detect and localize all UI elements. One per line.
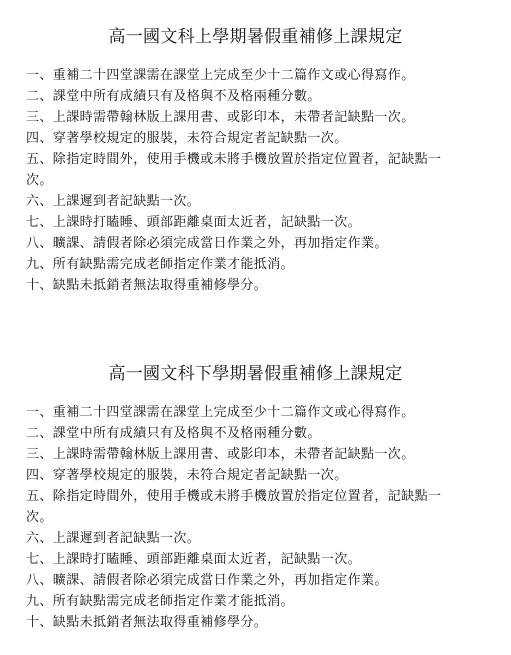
rule-item: 一、重補二十四堂課需在課堂上完成至少十二篇作文或心得寫作。	[26, 402, 466, 423]
rule-item: 六、上課遲到者記缺點一次。	[26, 191, 466, 212]
rule-item: 六、上課遲到者記缺點一次。	[26, 528, 466, 549]
rule-item: 四、穿著學校規定的服裝，未符合規定者記缺點一次。	[26, 128, 466, 149]
rule-item: 七、上課時打瞌睡、頭部距離桌面太近者，記缺點一次。	[26, 212, 466, 233]
section-title: 高一國文科下學期暑假重補修上課規定	[0, 362, 511, 386]
rule-item: 三、上課時需帶翰林版上課用書、或影印本，未帶者記缺點一次。	[26, 444, 466, 465]
rule-item: 一、重補二十四堂課需在課堂上完成至少十二篇作文或心得寫作。	[26, 65, 466, 86]
rule-item: 二、課堂中所有成績只有及格與不及格兩種分數。	[26, 86, 466, 107]
rule-item: 十、缺點未抵銷者無法取得重補修學分。	[26, 612, 466, 633]
rule-item: 四、穿著學校規定的服裝，未符合規定者記缺點一次。	[26, 465, 466, 486]
rule-item: 八、曠課、請假者除必須完成當日作業之外，再加指定作業。	[26, 233, 466, 254]
rule-item: 十、缺點未抵銷者無法取得重補修學分。	[26, 275, 466, 296]
section-second-semester: 高一國文科下學期暑假重補修上課規定 一、重補二十四堂課需在課堂上完成至少十二篇作…	[0, 362, 511, 633]
rule-item: 五、除指定時間外，使用手機或未將手機放置於指定位置者，記缺點一次。	[26, 149, 466, 191]
section-title: 高一國文科上學期暑假重補修上課規定	[0, 25, 511, 49]
rule-item: 五、除指定時間外，使用手機或未將手機放置於指定位置者，記缺點一次。	[26, 486, 466, 528]
rule-item: 九、所有缺點需完成老師指定作業才能抵消。	[26, 591, 466, 612]
rule-item: 九、所有缺點需完成老師指定作業才能抵消。	[26, 254, 466, 275]
section-first-semester: 高一國文科上學期暑假重補修上課規定 一、重補二十四堂課需在課堂上完成至少十二篇作…	[0, 25, 511, 296]
rules-list: 一、重補二十四堂課需在課堂上完成至少十二篇作文或心得寫作。 二、課堂中所有成績只…	[0, 402, 466, 633]
rule-item: 三、上課時需帶翰林版上課用書、或影印本，未帶者記缺點一次。	[26, 107, 466, 128]
rules-list: 一、重補二十四堂課需在課堂上完成至少十二篇作文或心得寫作。 二、課堂中所有成績只…	[0, 65, 466, 296]
rule-item: 八、曠課、請假者除必須完成當日作業之外，再加指定作業。	[26, 570, 466, 591]
rule-item: 七、上課時打瞌睡、頭部距離桌面太近者，記缺點一次。	[26, 549, 466, 570]
rule-item: 二、課堂中所有成績只有及格與不及格兩種分數。	[26, 423, 466, 444]
